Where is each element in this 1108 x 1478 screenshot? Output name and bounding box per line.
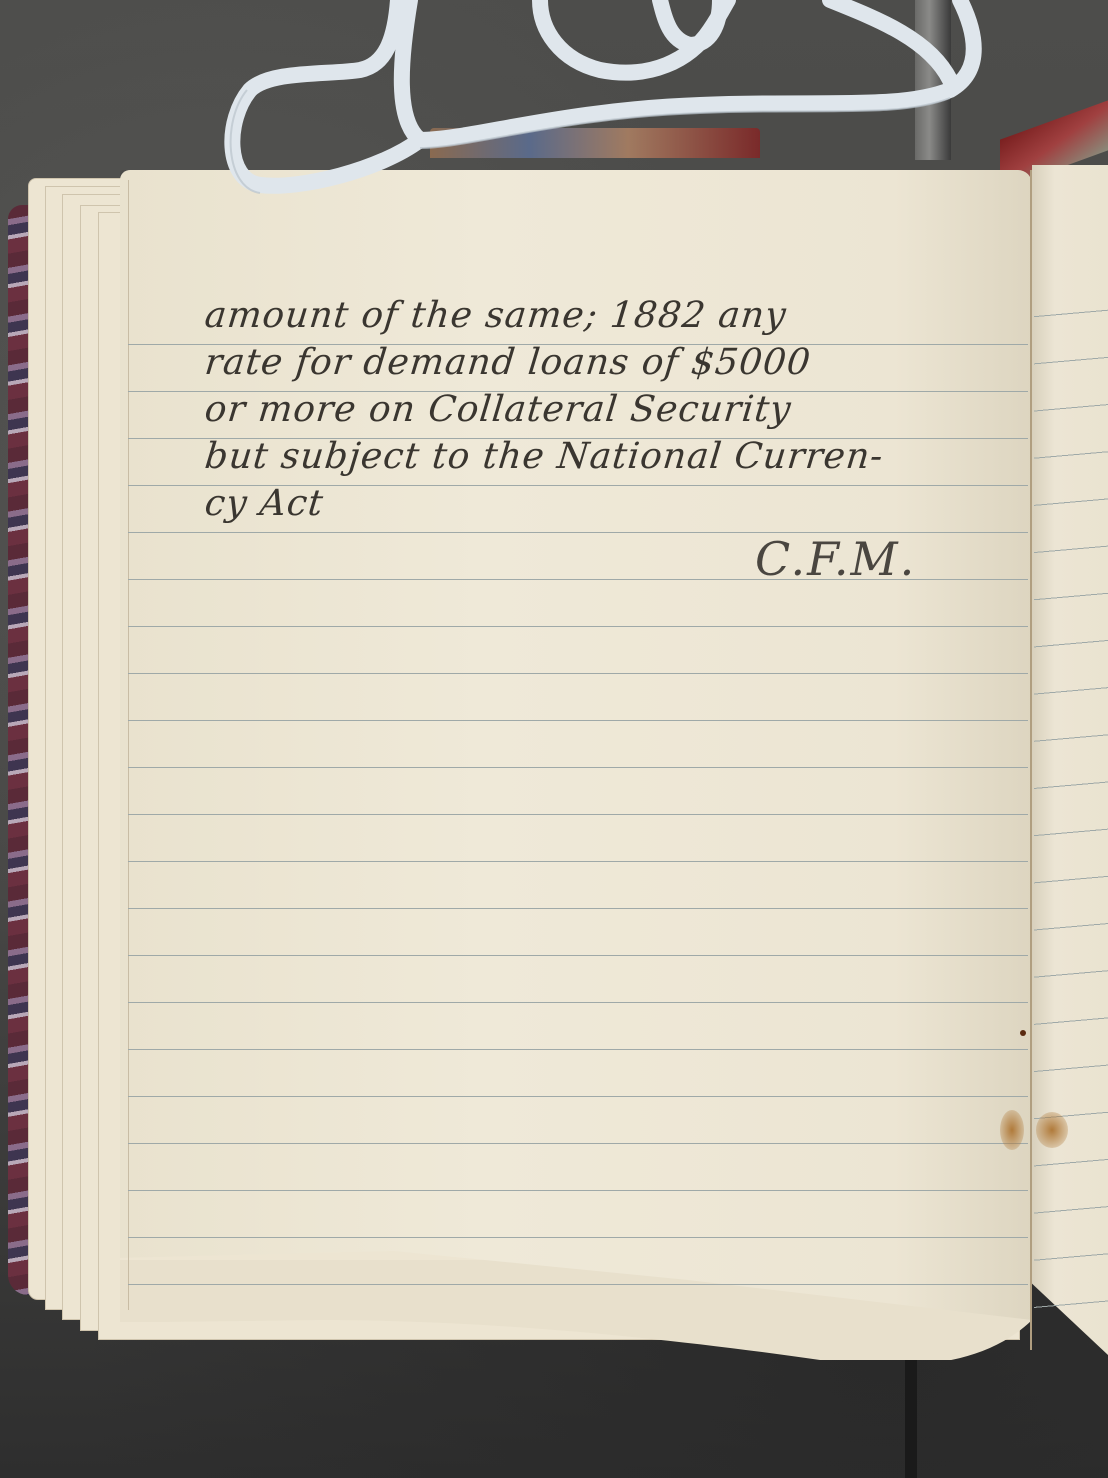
handwritten-text: amount of the same; 1882 any rate for de…	[205, 292, 1025, 527]
handwritten-line: but subject to the National Curren-	[203, 433, 1028, 480]
foxing-stain	[1000, 1110, 1024, 1150]
handwritten-line: amount of the same; 1882 any	[203, 292, 1028, 339]
ruled-lines-right-page	[1034, 270, 1108, 1320]
ink-spot	[1020, 1030, 1026, 1036]
handwritten-line: rate for demand loans of $5000	[203, 339, 1028, 386]
book-gutter	[1030, 170, 1032, 1350]
signature-initials: C.F.M.	[755, 532, 916, 586]
white-cord-icon	[0, 0, 1108, 260]
handwritten-line: or more on Collateral Security	[203, 386, 1028, 433]
book-support-shadow	[905, 1350, 917, 1478]
foxing-stain	[1036, 1112, 1068, 1148]
handwritten-line: cy Act	[203, 480, 1028, 527]
